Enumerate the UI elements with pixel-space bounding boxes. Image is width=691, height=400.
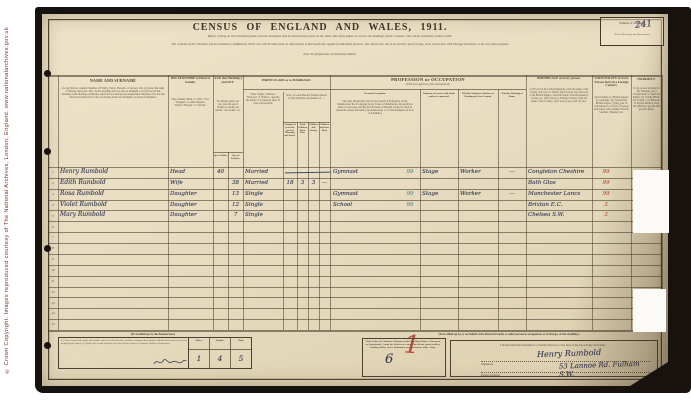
row-number: 1 [48, 170, 58, 174]
copyright-strip: © Crown Copyright. Images reproduced cou… [0, 0, 14, 400]
row-number: 14 [48, 311, 58, 315]
rooms-count-box: Write below the Number of Rooms in this … [362, 338, 446, 377]
copyright-text: © Crown Copyright. Images reproduced cou… [4, 27, 10, 374]
grid-line-vertical [58, 75, 59, 330]
row-rule [48, 276, 662, 277]
totals-females-value: 4 [210, 350, 230, 368]
row-rule [48, 297, 662, 298]
row-rule [48, 319, 662, 320]
schedule-number-sublabel: (To be filled up by the Enumerator.) [601, 33, 663, 36]
row-name: Henry Rumbold [60, 167, 108, 178]
schedule-number-box: Number of Schedule. (To be filled up by … [600, 17, 664, 46]
row-number: 12 [48, 290, 58, 294]
row-relationship: Daughter [170, 189, 197, 200]
grid-line-vertical-sub [297, 122, 298, 330]
row-number: 15 [48, 322, 58, 326]
screenshot-root: © Crown Copyright. Images reproduced cou… [0, 0, 691, 400]
row-number: 13 [48, 301, 58, 305]
row-marital-status: Married [245, 167, 268, 178]
row-relationship: Wife [170, 178, 183, 189]
header-occ-sub-home: Whether Working at Home. [500, 93, 525, 99]
row-occupation-code-stamp: 99 [402, 200, 418, 211]
enumerator-initials-scribble [153, 357, 187, 367]
grid-line-vertical-sub [308, 122, 309, 330]
declaration-box: I declare that this Schedule is correctl… [450, 340, 658, 377]
signature-handwritten: Henry Rumbold [537, 348, 601, 359]
row-rule [48, 243, 662, 244]
hole-punch-3 [44, 245, 51, 252]
grid-line-vertical [330, 75, 331, 330]
instruction-line-3: than the preparation of Statistical Tabl… [242, 52, 418, 56]
totals-table: Males. 1 Females. 4 Total. 5 [188, 338, 251, 368]
row-rule [48, 265, 662, 266]
declaration-text: I declare that this Schedule is correctl… [455, 343, 651, 347]
row-years-married: 18 [283, 178, 297, 189]
row-rule [48, 254, 662, 255]
header-mar-desc1: Write 'Single,' 'Married,' 'Widower,' or… [245, 93, 281, 105]
row-relationship: Head [170, 167, 185, 178]
row-at-home: — [498, 189, 526, 200]
white-redaction-patch-lower [633, 289, 666, 332]
grid-line-vertical [168, 75, 169, 330]
header-nat-title: NATIONALITY of every Person born in a Fo… [592, 77, 631, 88]
header-inf-title: INFIRMITY. [631, 78, 662, 82]
header-rel-desc: State whether 'Head,' or 'Wife,' 'Son,' … [171, 98, 210, 107]
white-redaction-patch-upper [633, 170, 669, 233]
row-rule [48, 200, 662, 201]
row-age-female: 12 [228, 200, 243, 211]
row-number: 10 [48, 268, 58, 272]
header-group-rule [243, 89, 526, 90]
header-name-title: NAME AND SURNAME [58, 79, 168, 84]
row-rule [48, 178, 662, 179]
row-number: 4 [48, 203, 58, 207]
row-number: 2 [48, 181, 58, 185]
row-number: 6 [48, 225, 58, 229]
totals-males-value: 1 [189, 350, 209, 368]
row-relationship: Daughter [170, 200, 197, 211]
row-birthplace: Manchester Lancs [528, 189, 580, 200]
row-occupation-code-stamp: 99 [402, 167, 418, 178]
hole-punch-2 [44, 148, 51, 155]
row-birthplace: Chelsea S.W. [528, 210, 564, 221]
row-birthplace: Bath Glos [528, 178, 556, 189]
grid-line-vertical [213, 75, 214, 330]
row-registrar-red-code: 99 [598, 167, 614, 178]
header-age-desc: For Infants under one year state the age… [215, 100, 242, 112]
instruction-line-1: Before writing on this Schedule please r… [132, 34, 528, 38]
enumerator-instructions: (1.) I have counted the males and female… [61, 340, 187, 346]
totals-males-column: Males. 1 [189, 338, 209, 368]
header-occ-sub-industry: Industry or Service with which worker is… [422, 93, 457, 99]
totals-females-column: Females. 4 [209, 338, 230, 368]
row-industry: Stage [422, 167, 438, 178]
row-name: Violet Rumbold [60, 200, 107, 211]
row-registrar-red-code: 99 [598, 189, 614, 200]
row-name: Rosa Rumbold [60, 189, 104, 200]
hole-punch-1 [44, 70, 51, 77]
totals-total-column: Total. 5 [230, 338, 251, 368]
row-marital-status: Single [245, 200, 263, 211]
row-marital-status: Single [245, 189, 263, 200]
row-relationship: Daughter [170, 210, 197, 221]
row-number: 11 [48, 279, 58, 283]
grid-line-vertical [631, 75, 632, 330]
row-occupation-code-stamp: 99 [402, 189, 418, 200]
row-age-female: 38 [228, 178, 243, 189]
row-children-died: — [319, 178, 330, 189]
row-rule [48, 221, 662, 222]
header-birth-desc: (1) If born in the United Kingdom, write… [529, 88, 590, 103]
row-birthplace: Brixton E.C. [528, 200, 562, 211]
row-occupation: Gymnast [333, 189, 358, 200]
instruction-line-2: The contents of the Schedule will be tre… [108, 42, 572, 46]
rooms-note: Write below the Number of Rooms in this … [365, 341, 441, 350]
row-number: 9 [48, 257, 58, 261]
row-registrar-red-code: 3 [598, 210, 614, 221]
row-marital-status: Single [245, 210, 263, 221]
row-age-female: 13 [228, 189, 243, 200]
row-children-living: 3 [308, 178, 319, 189]
header-mar-living: Children still Living. [309, 124, 319, 132]
row-name: Edith Rumbold [60, 178, 106, 189]
totals-males-label: Males. [189, 338, 209, 350]
schedule-number-label: Number of Schedule. [601, 21, 663, 25]
row-number: 7 [48, 235, 58, 239]
header-age-m: Ages of Males. [213, 155, 228, 158]
hole-punch-4 [44, 342, 51, 349]
census-schedule-paper: CENSUS OF ENGLAND AND WALES, 1911. Befor… [42, 14, 668, 386]
scanned-document-frame: CENSUS OF ENGLAND AND WALES, 1911. Befor… [35, 7, 691, 393]
row-registrar-red-code: 3 [598, 200, 614, 211]
row-number: 3 [48, 192, 58, 196]
corner-wedge [630, 362, 668, 386]
rooms-value-handwritten: 6 [385, 352, 393, 367]
header-inf-desc: If any person included in this Schedule … [633, 87, 661, 111]
enumerator-box: (1.) I have counted the males and female… [58, 337, 252, 369]
row-registrar-red-code: 99 [598, 178, 614, 189]
row-rule [48, 287, 662, 288]
row-occupation: School [333, 200, 352, 211]
header-mar-years: Completed years the present Marriage has… [284, 124, 297, 138]
header-occ-subtitle: of Persons aged ten years and upwards. [330, 83, 526, 86]
header-occ-title: PROFESSION or OCCUPATION [330, 77, 526, 82]
schedule-number-handwritten: 241 [635, 19, 653, 31]
header-age-f: Ages of Females. [228, 155, 243, 161]
header-nat-desc: State whether (1) 'British subject by pa… [594, 96, 630, 114]
header-occ-desc: The reply should show the precise branch… [335, 100, 415, 115]
totals-females-label: Females. [210, 338, 230, 350]
form-title: CENSUS OF ENGLAND AND WALES, 1911. [82, 22, 558, 33]
header-occ-sub-personal: Personal Occupation. [332, 93, 418, 96]
enumerator-section-label: (To be filled up by the Enumerator.) [78, 332, 228, 336]
row-children-born: 3 [297, 178, 308, 189]
row-worker-status: Worker [460, 189, 481, 200]
postal-address-row: Postal Address 53 Lannoe Rd. Fulham S.W. [481, 363, 655, 373]
row-at-home: — [498, 167, 526, 178]
grid-line-vertical [526, 75, 527, 330]
header-mar-born: Total Children Born Alive. [298, 124, 308, 135]
row-rule [48, 308, 662, 309]
header-name-desc: of every Person, whether Member of Famil… [61, 87, 165, 99]
header-age-title: AGE (last Birthday) and SEX. [213, 77, 243, 84]
header-occ-sub-status: Whether Employer, Worker, or Working on … [460, 93, 497, 99]
header-birth-title: BIRTHPLACE of every person. [526, 77, 592, 81]
row-occupation: Gymnast [333, 167, 358, 178]
row-rule [48, 232, 662, 233]
row-age-female: 7 [228, 210, 243, 221]
grid-line-vertical-sub [319, 122, 320, 330]
row-birthplace: Congleton Cheshire [528, 167, 584, 178]
row-age-male: 40 [213, 167, 228, 178]
row-marital-status: Married [245, 178, 268, 189]
grid-line-vertical [243, 75, 244, 330]
row-number: 5 [48, 214, 58, 218]
header-mar-desc2: State, for each Married Woman entered on… [285, 94, 329, 100]
totals-total-label: Total. [231, 338, 251, 350]
row-rule [48, 210, 662, 211]
row-worker-status: Worker [460, 167, 481, 178]
header-mar-died: Children who have Died. [320, 124, 330, 132]
postal-address-label: Postal Address [481, 373, 500, 377]
age-sub-rule [213, 152, 243, 153]
head-of-family-section-label: (To be filled up by or on behalf of the … [360, 332, 658, 336]
row-name: Mary Rumbold [60, 210, 105, 221]
row-industry: Stage [422, 189, 438, 200]
header-mar-title: PARTICULARS as to MARRIAGE. [243, 79, 330, 83]
totals-total-value: 5 [231, 350, 251, 368]
header-rel-title: RELATIONSHIP to Head of Family. [169, 77, 212, 84]
